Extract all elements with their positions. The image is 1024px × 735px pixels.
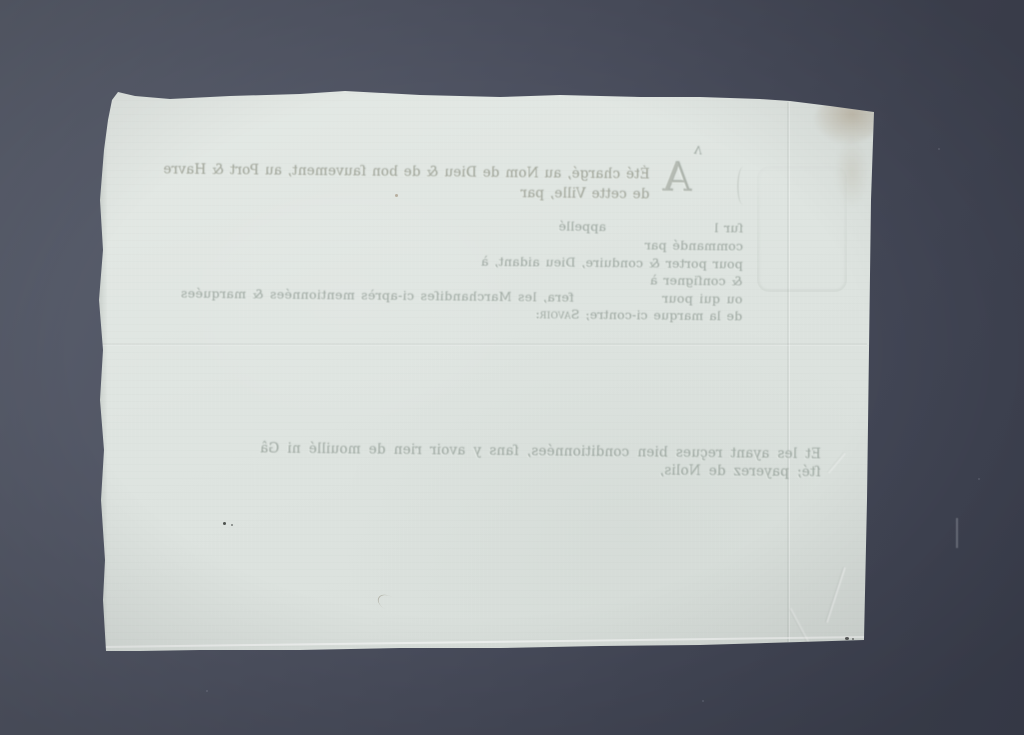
print-label-ou-qui-pour: ou qui pour [662,291,743,307]
ink-speck [231,524,233,526]
print-line-closing-1: Et les ayant reçues bien conditionnées, … [260,441,821,463]
mirrored-print-show-through: Λ A Été chargé, au Nom de Dieu & de bon … [148,136,832,493]
print-line-heading-1: Été chargé, au Nom de Dieu & de bon ſauv… [163,162,650,183]
dust-speck [702,700,704,702]
print-label-marque: de la marque ci-contre; [579,307,742,324]
photo-backdrop: Λ A Été chargé, au Nom de Dieu & de bon … [0,0,1024,735]
fiber-hair [375,591,402,614]
dust-speck [206,690,208,692]
surface-scratch [956,518,958,548]
print-line-ou-qui-pour: ou qui pourfera, les Marchandiſes ci-apr… [180,286,742,307]
brace-flourish [737,167,745,205]
print-label-fera: fera, [542,290,573,305]
bottom-edge-highlight [103,636,865,648]
paper-wrinkle [828,453,846,474]
print-label-marchandises: les Marchandiſes ci-après mentionnées & … [180,286,536,305]
paper-sheet: Λ A Été chargé, au Nom de Dieu & de bon … [99,88,879,654]
ink-speck [852,638,854,640]
print-line-closing-2: ſté; payerez de Nolis, [659,463,820,481]
ink-speck [845,637,849,640]
print-line-sur-le: ſur lappellé [558,219,743,236]
blank-space-for-ship-name [606,231,714,232]
print-label-appelle: appellé [558,219,606,234]
print-label-savoir: Savoir: [535,306,579,321]
print-label-sur-l: ſur l [714,220,743,235]
blank-space-for-name [574,302,662,303]
ink-speck [223,522,226,525]
top-edge-highlight [99,88,879,92]
print-line-marque: de la marque ci-contre; Savoir: [535,306,742,323]
print-line-commande-par: commandé par [644,238,743,254]
print-line-pour-porter: pour porter & conduire, Dieu aidant, à [481,254,743,272]
print-initial-letter: A [662,158,691,198]
print-line-heading-2: de cette Ville, par [520,185,649,202]
paper-wrinkle [826,567,846,623]
print-insertion-mark: Λ [693,144,702,158]
dust-speck [978,478,980,480]
print-line-consigner: & conſigner à [650,273,743,289]
torn-left-edge-shading [99,88,108,654]
dust-speck [938,148,940,150]
